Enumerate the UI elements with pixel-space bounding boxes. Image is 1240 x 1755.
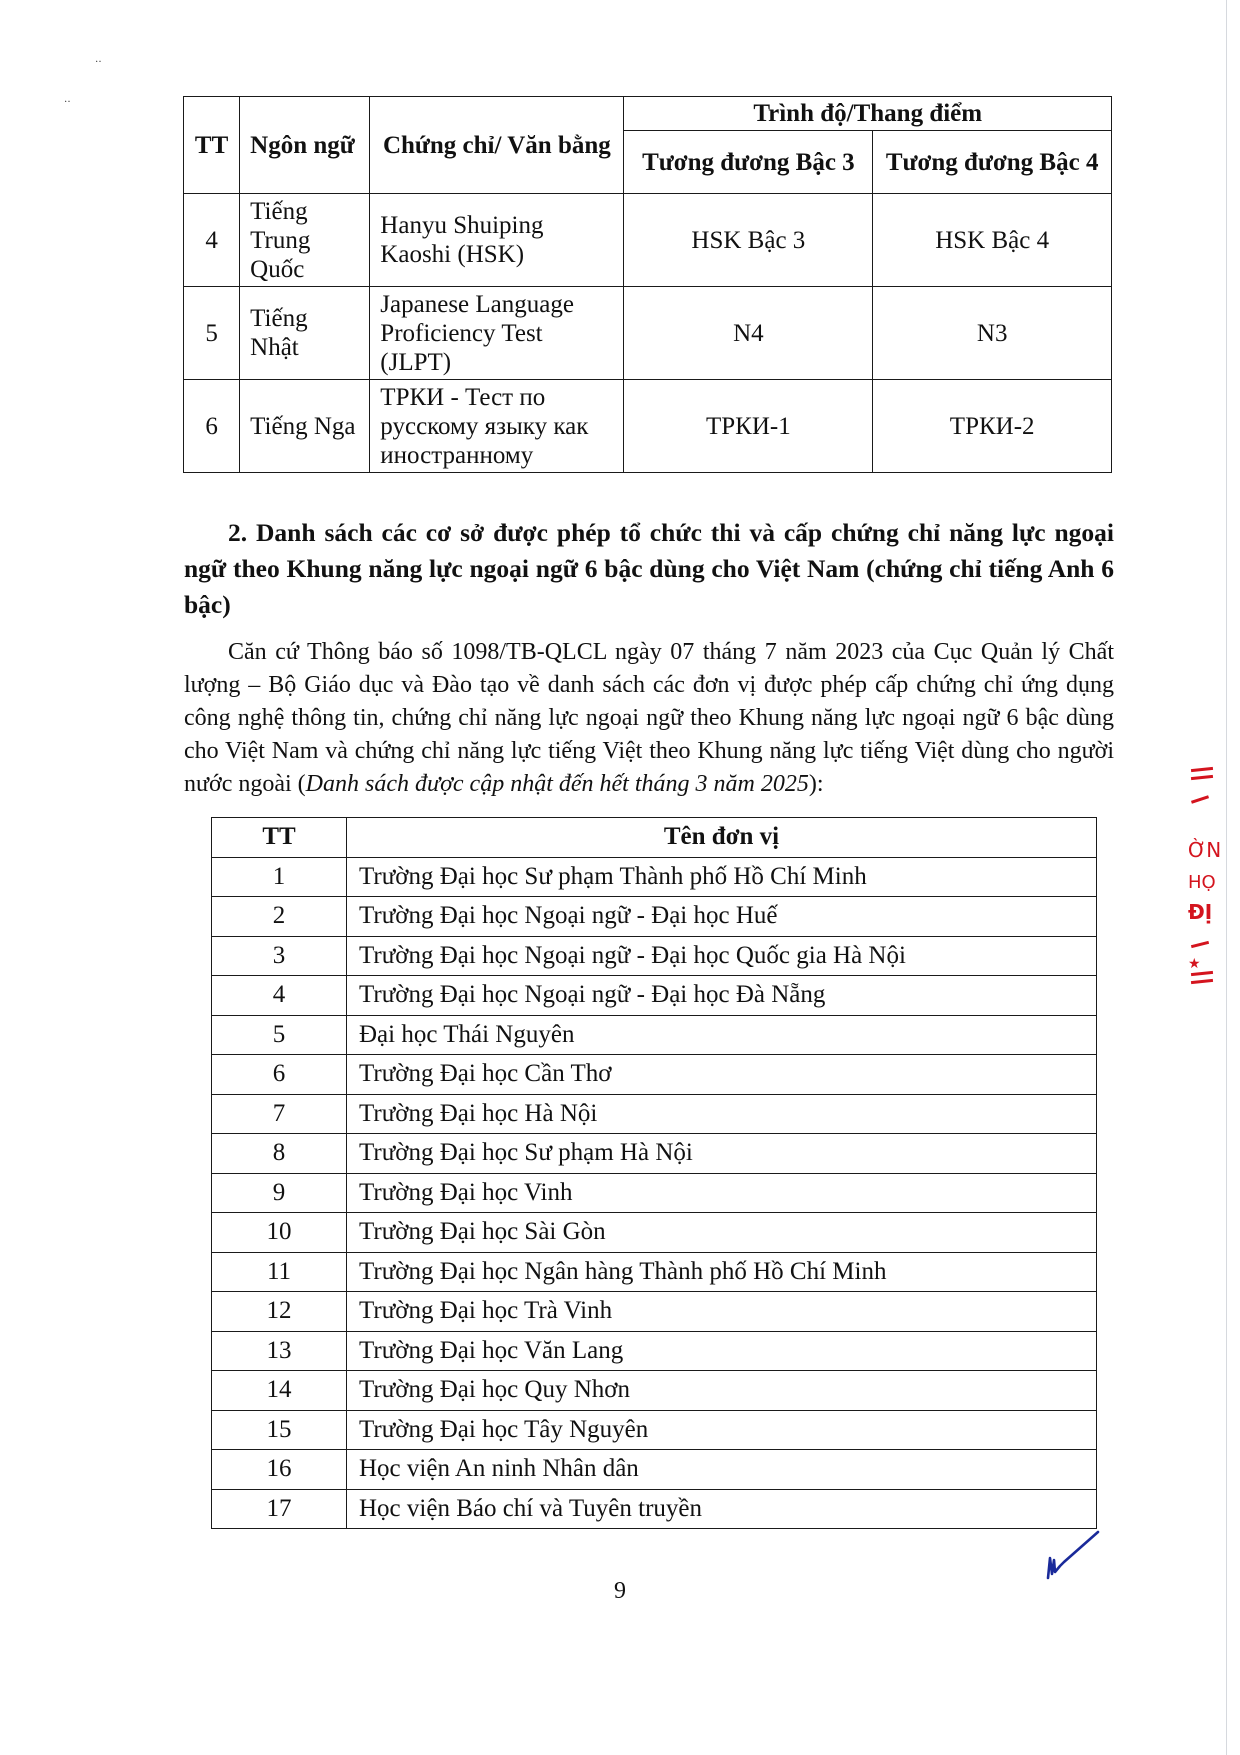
cell-name: Trường Đại học Ngoại ngữ - Đại học Huế bbox=[347, 897, 1097, 937]
table-row: 6Tiếng NgaТРКИ - Тест по русскому языку … bbox=[184, 380, 1112, 473]
stamp-line bbox=[1191, 941, 1209, 948]
paragraph-italic-note: Danh sách được cập nhật đến hết tháng 3 … bbox=[306, 771, 809, 797]
table-row: 15Trường Đại học Tây Nguyên bbox=[212, 1410, 1097, 1450]
header-certificate: Chứng chỉ/ Văn bằng bbox=[370, 97, 624, 194]
cell-name: Trường Đại học Ngoại ngữ - Đại học Quốc … bbox=[347, 936, 1097, 976]
cell-tt: 6 bbox=[212, 1055, 347, 1095]
cell-tt: 4 bbox=[184, 194, 240, 287]
cell-tt: 4 bbox=[212, 976, 347, 1016]
table-row: 16Học viện An ninh Nhân dân bbox=[212, 1450, 1097, 1490]
cell-name: Trường Đại học Tây Nguyên bbox=[347, 1410, 1097, 1450]
table-row: 9Trường Đại học Vinh bbox=[212, 1173, 1097, 1213]
cell-level4: ТРКИ-2 bbox=[873, 380, 1112, 473]
cell-name: Học viện An ninh Nhân dân bbox=[347, 1450, 1097, 1490]
table-row: 17Học viện Báo chí và Tuyên truyền bbox=[212, 1489, 1097, 1529]
stamp-text: ĐỊ bbox=[1188, 900, 1212, 924]
header-name: Tên đơn vị bbox=[347, 818, 1097, 858]
cell-name: Trường Đại học Trà Vinh bbox=[347, 1292, 1097, 1332]
table-row: 13Trường Đại học Văn Lang bbox=[212, 1331, 1097, 1371]
cell-tt: 17 bbox=[212, 1489, 347, 1529]
cell-tt: 5 bbox=[212, 1015, 347, 1055]
cell-level4: HSK Bậc 4 bbox=[873, 194, 1112, 287]
stamp-text: ỜN bbox=[1188, 838, 1221, 862]
header-tt: TT bbox=[212, 818, 347, 858]
cell-tt: 6 bbox=[184, 380, 240, 473]
paragraph-end: ): bbox=[809, 771, 824, 797]
cell-tt: 5 bbox=[184, 287, 240, 380]
cell-tt: 2 bbox=[212, 897, 347, 937]
cell-certificate: ТРКИ - Тест по русскому языку как иностр… bbox=[370, 380, 624, 473]
certificate-equivalence-table: TT Ngôn ngữ Chứng chỉ/ Văn bằng Trình độ… bbox=[183, 96, 1112, 473]
table-row: 11Trường Đại học Ngân hàng Thành phố Hồ … bbox=[212, 1252, 1097, 1292]
cell-tt: 13 bbox=[212, 1331, 347, 1371]
cell-name: Trường Đại học Cần Thơ bbox=[347, 1055, 1097, 1095]
table-row: 1Trường Đại học Sư phạm Thành phố Hồ Chí… bbox=[212, 857, 1097, 897]
cell-name: Trường Đại học Sư phạm Thành phố Hồ Chí … bbox=[347, 857, 1097, 897]
cell-language: Tiếng Nga bbox=[240, 380, 370, 473]
table-row: 4Tiếng Trung QuốcHanyu Shuiping Kaoshi (… bbox=[184, 194, 1112, 287]
page-number: 9 bbox=[0, 1578, 1240, 1605]
table-row: 2Trường Đại học Ngoại ngữ - Đại học Huế bbox=[212, 897, 1097, 937]
signature-mark bbox=[1020, 1500, 1100, 1580]
cell-tt: 15 bbox=[212, 1410, 347, 1450]
table-row: 3Trường Đại học Ngoại ngữ - Đại học Quốc… bbox=[212, 936, 1097, 976]
cell-certificate: Japanese Language Proficiency Test (JLPT… bbox=[370, 287, 624, 380]
cell-language: Tiếng Trung Quốc bbox=[240, 194, 370, 287]
stamp-line bbox=[1191, 767, 1213, 772]
stamp-line bbox=[1191, 775, 1213, 780]
cell-name: Trường Đại học Sư phạm Hà Nội bbox=[347, 1134, 1097, 1174]
official-stamp-fragment: ỜN HỌ ĐỊ ★ bbox=[1185, 760, 1230, 1000]
header-level3: Tương đương Bậc 3 bbox=[624, 131, 873, 194]
section-paragraph: Căn cứ Thông báo số 1098/TB-QLCL ngày 07… bbox=[184, 636, 1114, 801]
stamp-line bbox=[1191, 795, 1209, 803]
cell-language: Tiếng Nhật bbox=[240, 287, 370, 380]
cell-name: Trường Đại học Văn Lang bbox=[347, 1331, 1097, 1371]
stamp-star-icon: ★ bbox=[1188, 956, 1201, 972]
header-tt: TT bbox=[184, 97, 240, 194]
cell-name: Trường Đại học Vinh bbox=[347, 1173, 1097, 1213]
header-level-group: Trình độ/Thang điểm bbox=[624, 97, 1112, 131]
table-row: 5Đại học Thái Nguyên bbox=[212, 1015, 1097, 1055]
cell-name: Học viện Báo chí và Tuyên truyền bbox=[347, 1489, 1097, 1529]
cell-tt: 8 bbox=[212, 1134, 347, 1174]
cell-name: Trường Đại học Hà Nội bbox=[347, 1094, 1097, 1134]
cell-name: Trường Đại học Ngân hàng Thành phố Hồ Ch… bbox=[347, 1252, 1097, 1292]
cell-tt: 10 bbox=[212, 1213, 347, 1253]
cell-tt: 7 bbox=[212, 1094, 347, 1134]
table-row: 7Trường Đại học Hà Nội bbox=[212, 1094, 1097, 1134]
cell-tt: 3 bbox=[212, 936, 347, 976]
scan-mark: ‥ bbox=[95, 54, 104, 65]
cell-name: Trường Đại học Sài Gòn bbox=[347, 1213, 1097, 1253]
cell-certificate: Hanyu Shuiping Kaoshi (HSK) bbox=[370, 194, 624, 287]
cell-name: Trường Đại học Ngoại ngữ - Đại học Đà Nẵ… bbox=[347, 976, 1097, 1016]
table-row: 10Trường Đại học Sài Gòn bbox=[212, 1213, 1097, 1253]
institution-table: TT Tên đơn vị 1Trường Đại học Sư phạm Th… bbox=[211, 817, 1097, 1529]
table-row: 12Trường Đại học Trà Vinh bbox=[212, 1292, 1097, 1332]
table-row: 8Trường Đại học Sư phạm Hà Nội bbox=[212, 1134, 1097, 1174]
cell-level3: ТРКИ-1 bbox=[624, 380, 873, 473]
cell-name: Đại học Thái Nguyên bbox=[347, 1015, 1097, 1055]
cell-tt: 9 bbox=[212, 1173, 347, 1213]
stamp-text: HỌ bbox=[1188, 872, 1216, 893]
cell-level3: N4 bbox=[624, 287, 873, 380]
cell-tt: 16 bbox=[212, 1450, 347, 1490]
cell-tt: 11 bbox=[212, 1252, 347, 1292]
section-heading: 2. Danh sách các cơ sở được phép tổ chức… bbox=[184, 515, 1114, 623]
header-language: Ngôn ngữ bbox=[240, 97, 370, 194]
table-row: 6Trường Đại học Cần Thơ bbox=[212, 1055, 1097, 1095]
cell-tt: 1 bbox=[212, 857, 347, 897]
table-row: 14Trường Đại học Quy Nhơn bbox=[212, 1371, 1097, 1411]
header-level4: Tương đương Bậc 4 bbox=[873, 131, 1112, 194]
cell-tt: 12 bbox=[212, 1292, 347, 1332]
cell-tt: 14 bbox=[212, 1371, 347, 1411]
cell-level3: HSK Bậc 3 bbox=[624, 194, 873, 287]
cell-level4: N3 bbox=[873, 287, 1112, 380]
stamp-line bbox=[1191, 979, 1213, 984]
cell-name: Trường Đại học Quy Nhơn bbox=[347, 1371, 1097, 1411]
table-row: 5Tiếng NhậtJapanese Language Proficiency… bbox=[184, 287, 1112, 380]
scan-mark: ‥ bbox=[64, 94, 73, 105]
table-row: 4Trường Đại học Ngoại ngữ - Đại học Đà N… bbox=[212, 976, 1097, 1016]
